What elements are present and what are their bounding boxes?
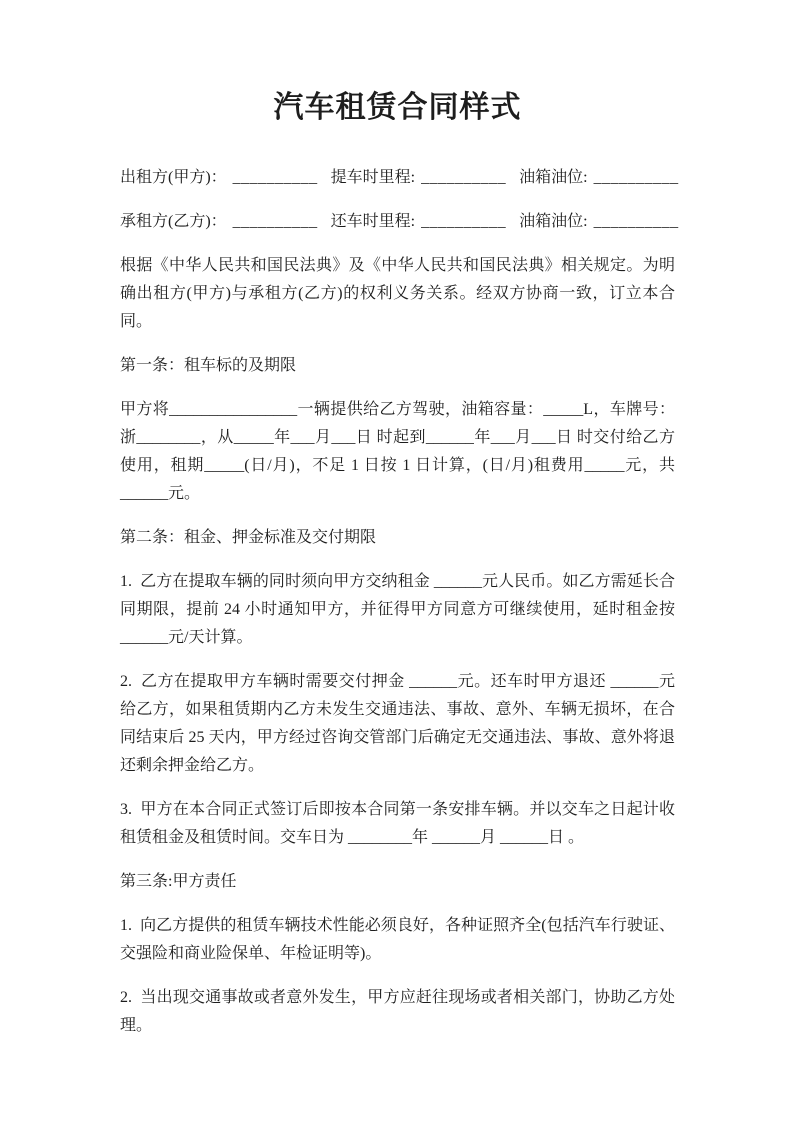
- return-mileage-field: 还车时里程:__________: [331, 208, 506, 236]
- preamble-paragraph: 根据《中华人民共和国民法典》及《中华人民共和国民法典》相关规定。为明确出租方(甲…: [120, 252, 675, 336]
- article2-item-3: 3. 甲方在本合同正式签订后即按本合同第一条安排车辆。并以交车之日起计收租赁租金…: [120, 796, 675, 852]
- article3-heading: 第三条:甲方责任: [120, 868, 675, 896]
- article1-heading: 第一条：租车标的及期限: [120, 352, 675, 380]
- pickup-fuel-level-field: 油箱油位:__________: [519, 164, 678, 192]
- lessee-label: 承租方(乙方)：: [120, 208, 227, 236]
- return-mileage-label: 还车时里程:: [331, 208, 415, 236]
- lessor-field: 出租方(甲方)：__________: [120, 164, 318, 192]
- contract-document-page: 汽车租赁合同样式 出租方(甲方)：__________ 提车时里程:______…: [0, 0, 793, 1096]
- return-fuel-level-label: 油箱油位:: [519, 208, 587, 236]
- party-row-lessee: 承租方(乙方)：__________ 还车时里程:__________ 油箱油位…: [120, 208, 675, 236]
- article2-heading: 第二条：租金、押金标准及交付期限: [120, 524, 675, 552]
- article2-item-1: 1. 乙方在提取车辆的同时须向甲方交纳租金 ______元人民币。如乙方需延长合…: [120, 568, 675, 652]
- return-mileage-blank-line: __________: [421, 208, 506, 236]
- document-title: 汽车租赁合同样式: [120, 86, 675, 130]
- lessor-blank-line: __________: [233, 164, 318, 192]
- article3-item-1: 1. 向乙方提供的租赁车辆技术性能必须良好，各种证照齐全(包括汽车行驶证、交强险…: [120, 912, 675, 968]
- lessor-label: 出租方(甲方)：: [120, 164, 227, 192]
- return-fuel-level-field: 油箱油位:__________: [519, 208, 678, 236]
- pickup-fuel-level-blank-line: __________: [594, 164, 679, 192]
- pickup-mileage-field: 提车时里程:__________: [331, 164, 506, 192]
- return-fuel-level-blank-line: __________: [594, 208, 679, 236]
- article1-body-paragraph: 甲方将________________一辆提供给乙方驾驶，油箱容量：_____L…: [120, 396, 675, 508]
- party-row-lessor: 出租方(甲方)：__________ 提车时里程:__________ 油箱油位…: [120, 164, 675, 192]
- lessee-field: 承租方(乙方)：__________: [120, 208, 318, 236]
- pickup-mileage-label: 提车时里程:: [331, 164, 415, 192]
- article3-item-2: 2. 当出现交通事故或者意外发生，甲方应赶往现场或者相关部门，协助乙方处理。: [120, 984, 675, 1040]
- pickup-fuel-level-label: 油箱油位:: [519, 164, 587, 192]
- pickup-mileage-blank-line: __________: [421, 164, 506, 192]
- lessee-blank-line: __________: [233, 208, 318, 236]
- article2-item-2: 2. 乙方在提取甲方车辆时需要交付押金 ______元。还车时甲方退还 ____…: [120, 668, 675, 780]
